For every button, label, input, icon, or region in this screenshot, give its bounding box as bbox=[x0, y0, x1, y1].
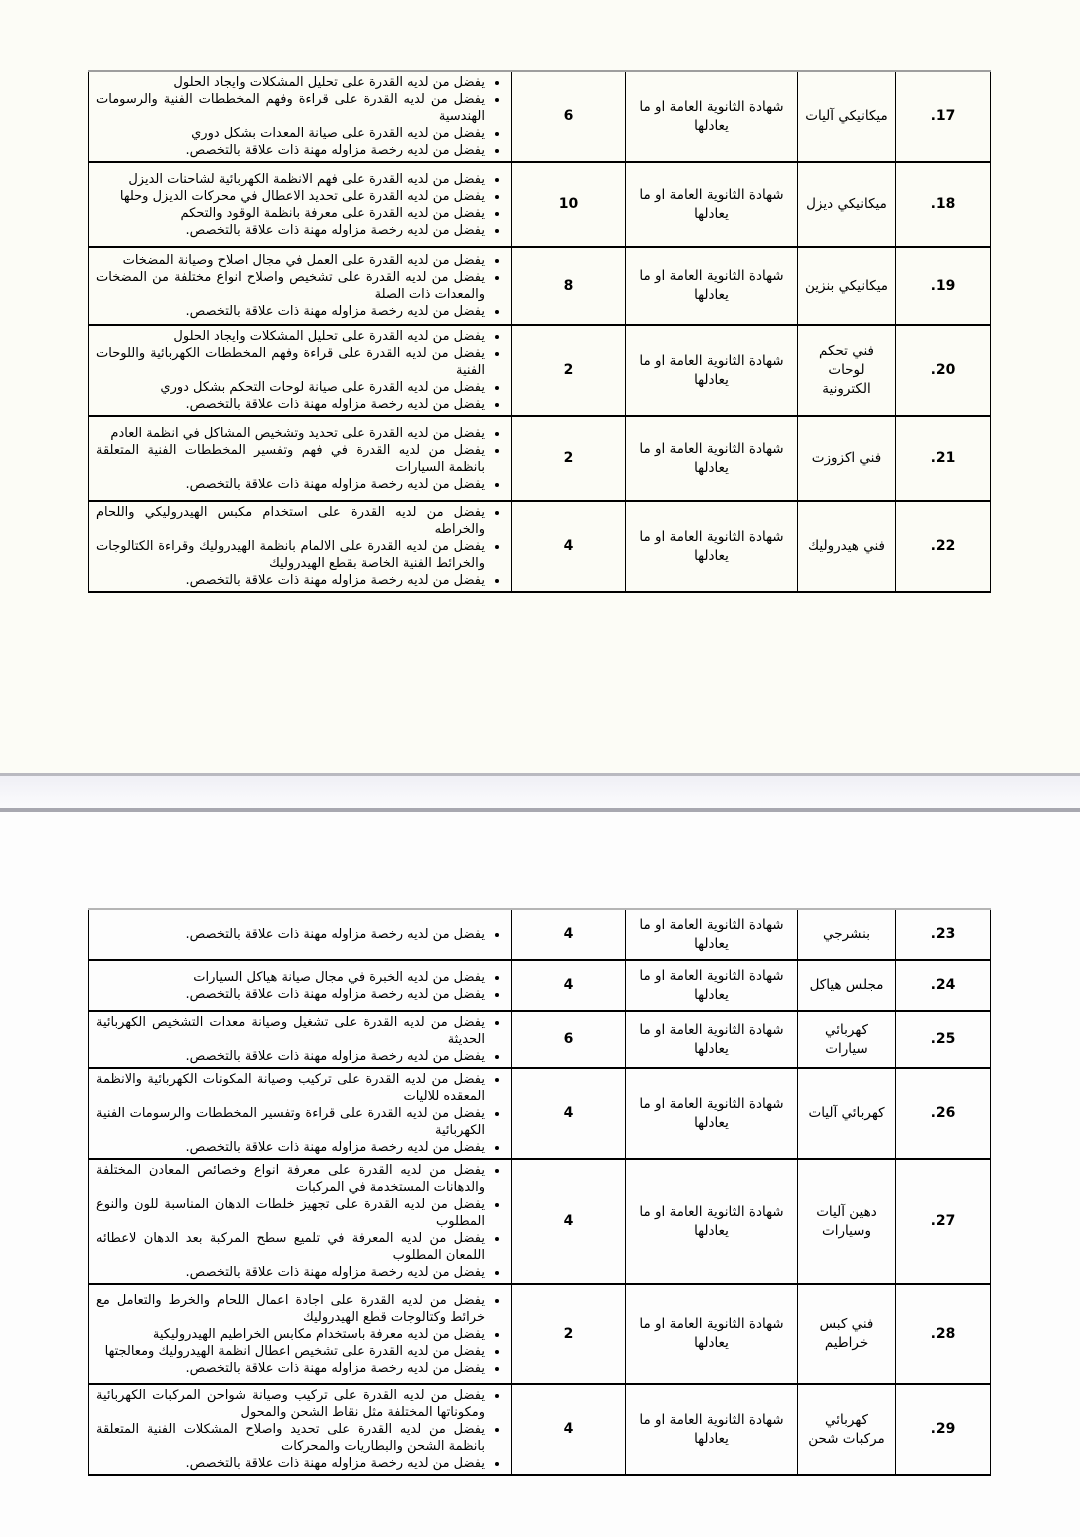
table-row: 20. فني تحكم لوحات الكترونية شهادة الثان… bbox=[89, 325, 991, 416]
requirement-item: يفضل من لديه معرفة باستخدام مكابس الخراط… bbox=[94, 1326, 485, 1343]
requirement-item: يفضل من لديه القدرة على تحديد الاعطال في… bbox=[94, 188, 485, 205]
row-number-cell: 23. bbox=[896, 909, 991, 960]
vacancy-count-cell: 4 bbox=[512, 960, 626, 1011]
requirements-cell: يفضل من لديه القدرة على اجادة اعمال اللح… bbox=[89, 1284, 512, 1384]
row-number-cell: 22. bbox=[896, 501, 991, 592]
education-cell: شهادة الثانوية العامة او ما يعادلها bbox=[626, 1384, 798, 1475]
requirement-item: يفضل من لديه رخصة مزاوله مهنة ذات علاقة … bbox=[94, 1048, 485, 1065]
row-number-cell: 27. bbox=[896, 1159, 991, 1284]
vacancies-table-page2: 23. بنشرجي شهادة الثانوية العامة او ما ي… bbox=[88, 908, 991, 1476]
requirement-item: يفضل من لديه القدرة في فهم وتفسير المخطط… bbox=[94, 442, 485, 476]
vacancy-count-cell: 2 bbox=[512, 325, 626, 416]
requirement-item: يفضل من لديه رخصة مزاوله مهنة ذات علاقة … bbox=[94, 396, 485, 413]
requirements-cell: يفضل من لديه القدرة على تحليل المشكلات و… bbox=[89, 325, 512, 416]
requirement-item: يفضل من لديه القدرة على استخدام مكبس اله… bbox=[94, 504, 485, 538]
row-number-cell: 18. bbox=[896, 162, 991, 247]
education-cell: شهادة الثانوية العامة او ما يعادلها bbox=[626, 1068, 798, 1159]
education-cell: شهادة الثانوية العامة او ما يعادلها bbox=[626, 909, 798, 960]
job-title-cell: دهين آليات وسيارات bbox=[798, 1159, 896, 1284]
job-title-cell: فني هيدروليك bbox=[798, 501, 896, 592]
requirement-item: يفضل من لديه رخصة مزاوله مهنة ذات علاقة … bbox=[94, 142, 485, 159]
requirement-item: يفضل من لديه القدرة على العمل في مجال اص… bbox=[94, 252, 485, 269]
row-number-cell: 26. bbox=[896, 1068, 991, 1159]
requirement-item: يفضل من لديه القدرة على تركيب وصيانة الم… bbox=[94, 1071, 485, 1105]
requirements-cell: يفضل من لديه الخبرة في مجال صيانة هياكل … bbox=[89, 960, 512, 1011]
vacancy-count-cell: 6 bbox=[512, 1011, 626, 1068]
job-title-cell: مجلس هياكل bbox=[798, 960, 896, 1011]
education-cell: شهادة الثانوية العامة او ما يعادلها bbox=[626, 1284, 798, 1384]
requirement-item: يفضل من لديه القدرة على معرفة انواع وخصا… bbox=[94, 1162, 485, 1196]
requirements-list: يفضل من لديه القدرة على تحليل المشكلات و… bbox=[94, 74, 505, 159]
job-title-cell: فني اكزوزت bbox=[798, 416, 896, 501]
education-cell: شهادة الثانوية العامة او ما يعادلها bbox=[626, 1159, 798, 1284]
requirements-list: يفضل من لديه الخبرة في مجال صيانة هياكل … bbox=[94, 969, 505, 1003]
job-title-cell: فني تحكم لوحات الكترونية bbox=[798, 325, 896, 416]
requirements-list: يفضل من لديه القدرة على استخدام مكبس اله… bbox=[94, 504, 505, 589]
requirements-list: يفضل من لديه القدرة على اجادة اعمال اللح… bbox=[94, 1292, 505, 1377]
requirements-cell: يفضل من لديه القدرة على تركيب وصيانة شوا… bbox=[89, 1384, 512, 1475]
job-title-cell: بنشرجي bbox=[798, 909, 896, 960]
requirements-cell: يفضل من لديه القدرة على تحديد وتشخيص الم… bbox=[89, 416, 512, 501]
requirement-item: يفضل من لديه القدرة على تشخيص واصلاح انو… bbox=[94, 269, 485, 303]
requirement-item: يفضل من لديه الخبرة في مجال صيانة هياكل … bbox=[94, 969, 485, 986]
requirement-item: يفضل من لديه رخصة مزاوله مهنة ذات علاقة … bbox=[94, 926, 485, 943]
job-title-cell: ميكانيكي بنزين bbox=[798, 247, 896, 325]
requirements-cell: يفضل من لديه القدرة على العمل في مجال اص… bbox=[89, 247, 512, 325]
vacancy-count-cell: 2 bbox=[512, 416, 626, 501]
requirements-list: يفضل من لديه القدرة على تحليل المشكلات و… bbox=[94, 328, 505, 413]
row-number-cell: 17. bbox=[896, 71, 991, 162]
table-body-page2: 23. بنشرجي شهادة الثانوية العامة او ما ي… bbox=[89, 909, 991, 1475]
table-row: 17. ميكانيكي آليات شهادة الثانوية العامة… bbox=[89, 71, 991, 162]
table-row: 18. ميكانيكي ديزل شهادة الثانوية العامة … bbox=[89, 162, 991, 247]
row-number-cell: 19. bbox=[896, 247, 991, 325]
requirement-item: يفضل من لديه رخصة مزاوله مهنة ذات علاقة … bbox=[94, 572, 485, 589]
row-number-cell: 20. bbox=[896, 325, 991, 416]
requirements-list: يفضل من لديه القدرة على تركيب وصيانة الم… bbox=[94, 1071, 505, 1156]
requirement-item: يفضل من لديه القدرة على قراءة وفهم المخط… bbox=[94, 91, 485, 125]
page-break-gap bbox=[0, 773, 1080, 812]
requirements-cell: يفضل من لديه القدرة على تحليل المشكلات و… bbox=[89, 71, 512, 162]
requirement-item: يفضل من لديه القدرة على اجادة اعمال اللح… bbox=[94, 1292, 485, 1326]
requirement-item: يفضل من لديه القدرة على فهم الانظمة الكه… bbox=[94, 171, 485, 188]
requirement-item: يفضل من لديه رخصة مزاوله مهنة ذات علاقة … bbox=[94, 1455, 485, 1472]
requirements-list: يفضل من لديه القدرة على تركيب وصيانة شوا… bbox=[94, 1387, 505, 1472]
requirement-item: يفضل من لديه القدرة على قراءة وفهم المخط… bbox=[94, 345, 485, 379]
table-row: 28. فني كبس خراطيم شهادة الثانوية العامة… bbox=[89, 1284, 991, 1384]
row-number-cell: 24. bbox=[896, 960, 991, 1011]
vacancy-count-cell: 4 bbox=[512, 501, 626, 592]
table-row: 29. كهربائي مركبات شحن شهادة الثانوية ال… bbox=[89, 1384, 991, 1475]
table-row: 21. فني اكزوزت شهادة الثانوية العامة او … bbox=[89, 416, 991, 501]
table-row: 25. كهربائي سيارات شهادة الثانوية العامة… bbox=[89, 1011, 991, 1068]
education-cell: شهادة الثانوية العامة او ما يعادلها bbox=[626, 162, 798, 247]
requirements-list: يفضل من لديه القدرة على تشغيل وصيانة معد… bbox=[94, 1014, 505, 1065]
requirement-item: يفضل من لديه القدرة على تحليل المشكلات و… bbox=[94, 74, 485, 91]
vacancy-count-cell: 6 bbox=[512, 71, 626, 162]
table-row: 27. دهين آليات وسيارات شهادة الثانوية ال… bbox=[89, 1159, 991, 1284]
row-number-cell: 25. bbox=[896, 1011, 991, 1068]
vacancy-count-cell: 2 bbox=[512, 1284, 626, 1384]
requirement-item: يفضل من لديه رخصة مزاوله مهنة ذات علاقة … bbox=[94, 1139, 485, 1156]
requirement-item: يفضل من لديه القدرة على تجهيز خلطات الده… bbox=[94, 1196, 485, 1230]
education-cell: شهادة الثانوية العامة او ما يعادلها bbox=[626, 960, 798, 1011]
table-row: 22. فني هيدروليك شهادة الثانوية العامة ا… bbox=[89, 501, 991, 592]
requirement-item: يفضل من لديه رخصة مزاوله مهنة ذات علاقة … bbox=[94, 222, 485, 239]
requirement-item: يفضل من لديه المعرفة في تلميع سطح المركب… bbox=[94, 1230, 485, 1264]
requirements-cell: يفضل من لديه القدرة على معرفة انواع وخصا… bbox=[89, 1159, 512, 1284]
requirements-cell: يفضل من لديه القدرة على استخدام مكبس اله… bbox=[89, 501, 512, 592]
requirement-item: يفضل من لديه القدرة على قراءة وتفسير الم… bbox=[94, 1105, 485, 1139]
requirement-item: يفضل من لديه رخصة مزاوله مهنة ذات علاقة … bbox=[94, 1264, 485, 1281]
requirement-item: يفضل من لديه القدرة على معرفة بانظمة الو… bbox=[94, 205, 485, 222]
requirement-item: يفضل من لديه رخصة مزاوله مهنة ذات علاقة … bbox=[94, 476, 485, 493]
job-title-cell: ميكانيكي ديزل bbox=[798, 162, 896, 247]
table-row: 24. مجلس هياكل شهادة الثانوية العامة او … bbox=[89, 960, 991, 1011]
row-number-cell: 28. bbox=[896, 1284, 991, 1384]
document-page-1: 17. ميكانيكي آليات شهادة الثانوية العامة… bbox=[0, 0, 1080, 773]
requirements-list: يفضل من لديه رخصة مزاوله مهنة ذات علاقة … bbox=[94, 926, 505, 943]
table-row: 19. ميكانيكي بنزين شهادة الثانوية العامة… bbox=[89, 247, 991, 325]
requirements-cell: يفضل من لديه القدرة على تشغيل وصيانة معد… bbox=[89, 1011, 512, 1068]
education-cell: شهادة الثانوية العامة او ما يعادلها bbox=[626, 247, 798, 325]
requirement-item: يفضل من لديه القدرة على تحليل المشكلات و… bbox=[94, 328, 485, 345]
requirement-item: يفضل من لديه القدرة على تحديد وتشخيص الم… bbox=[94, 425, 485, 442]
requirements-cell: يفضل من لديه القدرة على تركيب وصيانة الم… bbox=[89, 1068, 512, 1159]
education-cell: شهادة الثانوية العامة او ما يعادلها bbox=[626, 501, 798, 592]
requirements-cell: يفضل من لديه رخصة مزاوله مهنة ذات علاقة … bbox=[89, 909, 512, 960]
requirement-item: يفضل من لديه القدرة على تحديد واصلاح الم… bbox=[94, 1421, 485, 1455]
row-number-cell: 29. bbox=[896, 1384, 991, 1475]
vacancy-count-cell: 10 bbox=[512, 162, 626, 247]
vacancy-count-cell: 8 bbox=[512, 247, 626, 325]
requirement-item: يفضل من لديه القدرة على تركيب وصيانة شوا… bbox=[94, 1387, 485, 1421]
vacancy-count-cell: 4 bbox=[512, 1159, 626, 1284]
job-title-cell: كهربائي سيارات bbox=[798, 1011, 896, 1068]
job-title-cell: فني كبس خراطيم bbox=[798, 1284, 896, 1384]
education-cell: شهادة الثانوية العامة او ما يعادلها bbox=[626, 325, 798, 416]
education-cell: شهادة الثانوية العامة او ما يعادلها bbox=[626, 416, 798, 501]
table-row: 23. بنشرجي شهادة الثانوية العامة او ما ي… bbox=[89, 909, 991, 960]
requirement-item: يفضل من لديه رخصة مزاوله مهنة ذات علاقة … bbox=[94, 986, 485, 1003]
education-cell: شهادة الثانوية العامة او ما يعادلها bbox=[626, 1011, 798, 1068]
education-cell: شهادة الثانوية العامة او ما يعادلها bbox=[626, 71, 798, 162]
row-number-cell: 21. bbox=[896, 416, 991, 501]
requirement-item: يفضل من لديه القدرة على الالمام بانظمة ا… bbox=[94, 538, 485, 572]
requirement-item: يفضل من لديه رخصة مزاوله مهنة ذات علاقة … bbox=[94, 1360, 485, 1377]
requirements-list: يفضل من لديه القدرة على فهم الانظمة الكه… bbox=[94, 171, 505, 239]
vacancy-count-cell: 4 bbox=[512, 1384, 626, 1475]
requirement-item: يفضل من لديه القدرة على تشغيل وصيانة معد… bbox=[94, 1014, 485, 1048]
requirements-list: يفضل من لديه القدرة على معرفة انواع وخصا… bbox=[94, 1162, 505, 1281]
vacancies-table-page1: 17. ميكانيكي آليات شهادة الثانوية العامة… bbox=[88, 70, 991, 593]
requirement-item: يفضل من لديه رخصة مزاوله مهنة ذات علاقة … bbox=[94, 303, 485, 320]
requirement-item: يفضل من لديه القدرة على صيانة المعدات بش… bbox=[94, 125, 485, 142]
table-row: 26. كهربائي آليات شهادة الثانوية العامة … bbox=[89, 1068, 991, 1159]
job-title-cell: كهربائي آليات bbox=[798, 1068, 896, 1159]
vacancy-count-cell: 4 bbox=[512, 909, 626, 960]
document-page-2: 23. بنشرجي شهادة الثانوية العامة او ما ي… bbox=[0, 812, 1080, 1537]
requirement-item: يفضل من لديه القدرة على تشخيص اعطال انظم… bbox=[94, 1343, 485, 1360]
requirement-item: يفضل من لديه القدرة على صيانة لوحات التح… bbox=[94, 379, 485, 396]
table-body-page1: 17. ميكانيكي آليات شهادة الثانوية العامة… bbox=[89, 71, 991, 592]
requirements-list: يفضل من لديه القدرة على تحديد وتشخيص الم… bbox=[94, 425, 505, 493]
vacancy-count-cell: 4 bbox=[512, 1068, 626, 1159]
job-title-cell: ميكانيكي آليات bbox=[798, 71, 896, 162]
requirements-list: يفضل من لديه القدرة على العمل في مجال اص… bbox=[94, 252, 505, 320]
job-title-cell: كهربائي مركبات شحن bbox=[798, 1384, 896, 1475]
requirements-cell: يفضل من لديه القدرة على فهم الانظمة الكه… bbox=[89, 162, 512, 247]
